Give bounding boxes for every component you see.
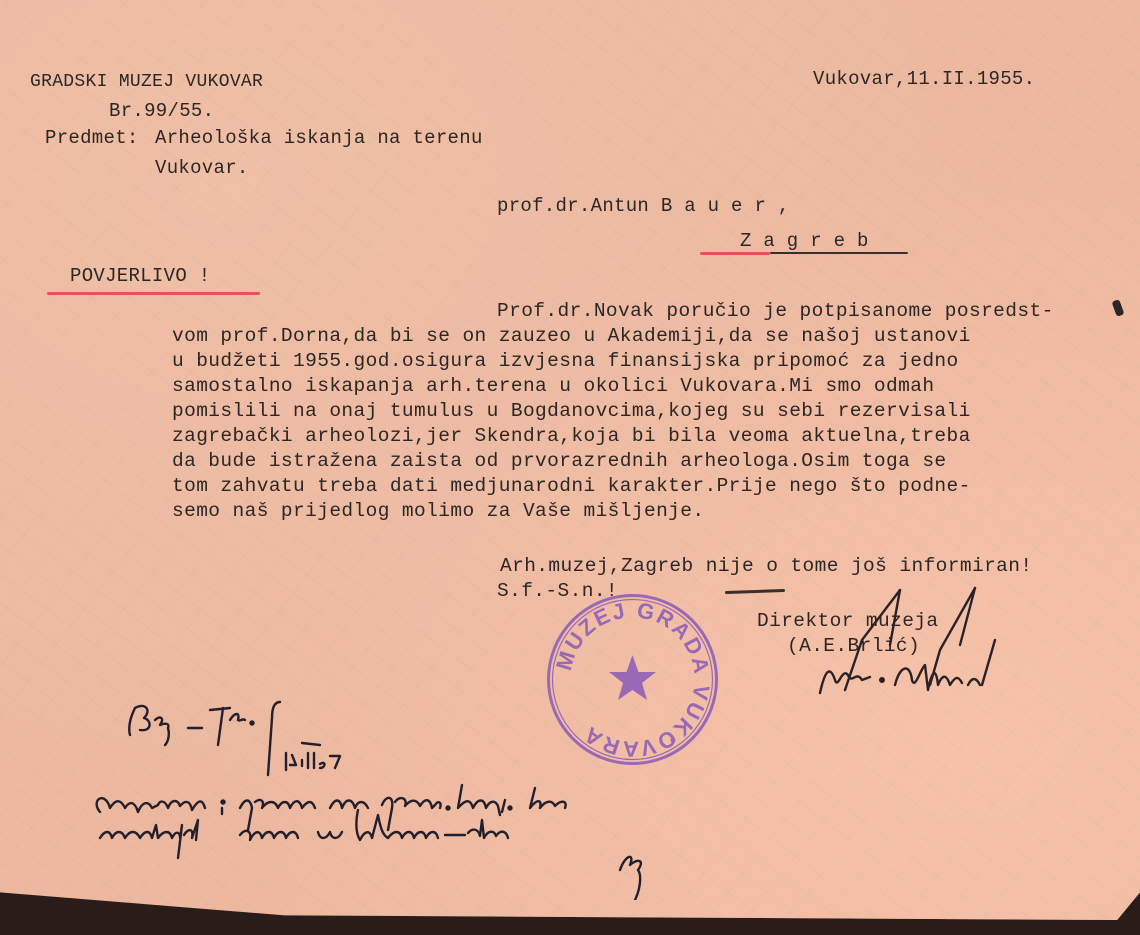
city-underline-dark [770, 252, 908, 254]
subject-line-1: Arheološka iskanja na terenu [155, 127, 483, 149]
recipient-city: Z a g r e b [740, 230, 869, 252]
body-line-7: da bude istražena zaista od prvorazredni… [172, 450, 947, 472]
reference-number: Br.99/55. [109, 100, 214, 122]
handwritten-signature [800, 585, 1020, 705]
date-line: Vukovar,11.II.1955. [813, 68, 1035, 90]
body-line-6: zagrebački arheolozi,jer Skendra,koja bi… [172, 425, 971, 447]
body-line-9: semo naš prijedlog molimo za Vaše mišlje… [172, 500, 704, 522]
body-line-3: u budžeti 1955.god.osigura izvjesna fina… [172, 350, 959, 372]
body-line-1: Prof.dr.Novak poručio je potpisanome pos… [497, 300, 1054, 322]
body-line-4: samostalno iskapanja arh.terena u okolic… [172, 375, 934, 397]
body-line-5: pomislili na onaj tumulus u Bogdanovcima… [172, 400, 971, 422]
institution-name: GRADSKI MUZEJ VUKOVAR [30, 72, 263, 92]
classification-label: POVJERLIVO ! [70, 265, 210, 287]
subject-line-2: Vukovar. [155, 157, 249, 179]
classification-underline [47, 292, 260, 295]
postscript: Arh.muzej,Zagreb nije o tome još informi… [500, 555, 1032, 577]
ink-mark [1112, 299, 1125, 317]
recipient-name: prof.dr.Antun B a u e r , [497, 195, 790, 217]
subject-label: Predmet: [45, 127, 139, 149]
body-line-2: vom prof.Dorna,da bi se on zauzeo u Akad… [172, 325, 971, 347]
city-underline-red [700, 252, 770, 255]
document-paper: GRADSKI MUZEJ VUKOVAR Br.99/55. Predmet:… [0, 0, 1140, 920]
postscript-underline [725, 589, 785, 594]
handwritten-notes [90, 690, 710, 900]
body-line-8: tom zahvatu treba dati medjunarodni kara… [172, 475, 971, 497]
